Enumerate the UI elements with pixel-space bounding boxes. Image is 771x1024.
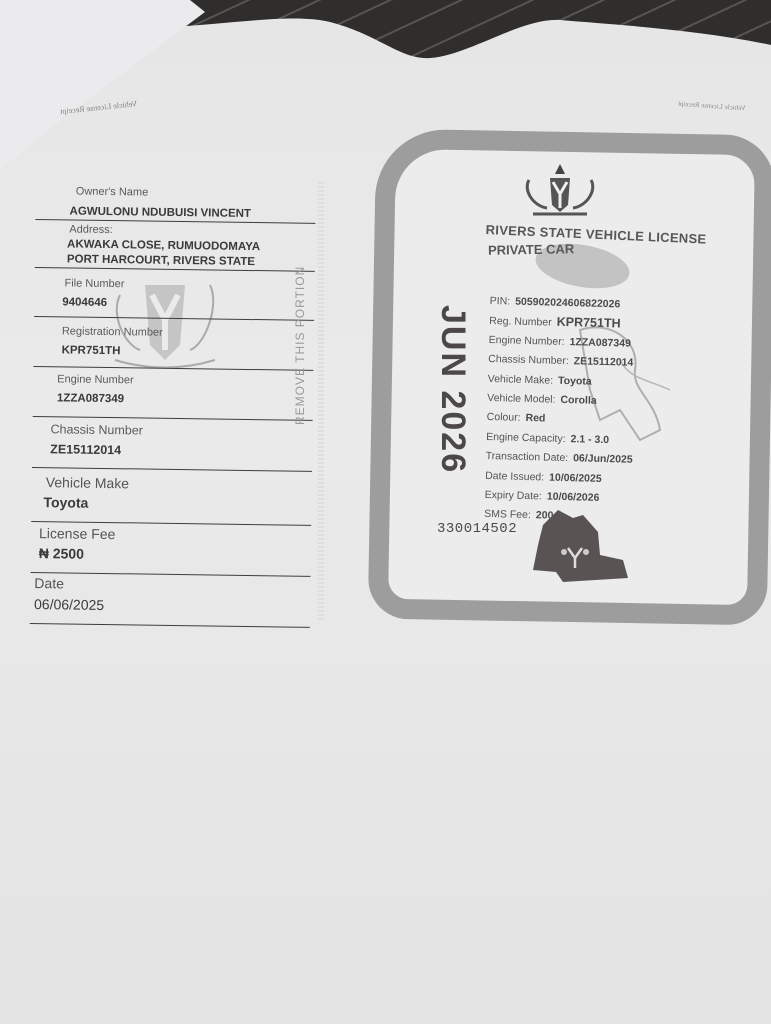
engine-number-field: Engine Number 1ZZA087349 — [33, 372, 314, 421]
file-number-field: File Number 9404646 — [34, 276, 315, 321]
vehicle-make-field: Vehicle Make Toyota — [31, 475, 312, 526]
serial-number: 330014502 — [437, 521, 517, 537]
license-subtitle: PRIVATE CAR — [488, 241, 574, 258]
coat-of-arms-icon — [515, 160, 605, 220]
owner-name-field: Owner's Name AGWULONU NDUBUISI VINCENT — [35, 184, 315, 224]
receipt-stub: Owner's Name AGWULONU NDUBUISI VINCENT A… — [30, 180, 326, 644]
license-details: PIN:505902024606822026 Reg. NumberKPR751… — [484, 292, 700, 530]
rivers-state-map-icon — [528, 510, 633, 585]
expiry-month-stamp: JUN 2026 — [436, 305, 470, 474]
chassis-number-field: Chassis Number ZE15112014 — [32, 422, 313, 472]
address-field: Address: AKWAKA CLOSE, RUMUODOMAYA PORT … — [35, 222, 316, 272]
date-field: Date 06/06/2025 — [30, 576, 311, 628]
registration-number-field: Registration Number KPR751TH — [33, 324, 314, 371]
license-fee-field: License Fee ₦ 2500 — [31, 526, 312, 577]
remove-portion-label: REMOVE THIS PORTION — [293, 250, 323, 440]
